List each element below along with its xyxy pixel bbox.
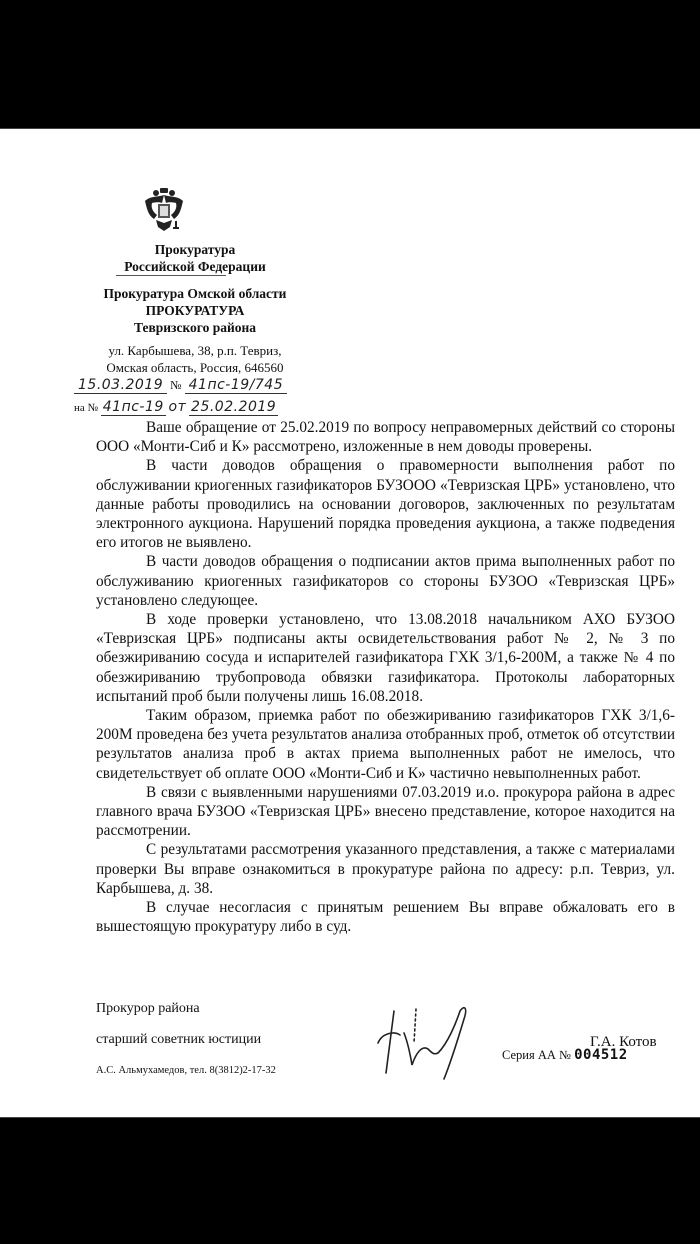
position-title: Прокурор района bbox=[96, 1001, 200, 1017]
prosecutor-office-rf: Прокуратура Российской Федерации bbox=[60, 241, 330, 275]
paragraph: В случае несогласия с принятым решением … bbox=[96, 898, 675, 936]
letter-body: Ваше обращение от 25.02.2019 по вопросу … bbox=[96, 418, 675, 936]
district-office: Прокуратура Омской области ПРОКУРАТУРА Т… bbox=[60, 285, 330, 336]
serial-number: 004512 bbox=[574, 1047, 628, 1063]
district-title: ПРОКУРАТУРА bbox=[60, 302, 330, 319]
document-page: Прокуратура Российской Федерации Прокура… bbox=[0, 128, 700, 1118]
registration-number: 41пс-19/745 bbox=[185, 377, 287, 394]
executor-contact: А.С. Альмухамедов, тел. 8(3812)2-17-32 bbox=[96, 1065, 276, 1076]
document-serial: Серия АА № 004512 bbox=[502, 1047, 628, 1063]
ref-number: 41пс-19 bbox=[101, 399, 166, 416]
coat-of-arms-icon bbox=[142, 187, 186, 233]
paragraph: В связи с выявленными нарушениями 07.03.… bbox=[96, 783, 675, 841]
registration-date: 15.03.2019 bbox=[74, 377, 167, 394]
regional-office: Прокуратура Омской области bbox=[60, 285, 330, 302]
ref-from: от bbox=[169, 399, 187, 415]
registration-line: 15.03.2019 № 41пс-19/745 bbox=[74, 377, 287, 394]
number-sign: № bbox=[170, 378, 181, 392]
paragraph: В части доводов обращения о правомерност… bbox=[96, 456, 675, 552]
ref-prefix: на № bbox=[74, 402, 98, 414]
signature-icon bbox=[364, 1003, 474, 1083]
paragraph: С результатами рассмотрения указанного п… bbox=[96, 840, 675, 898]
rank-title: старший советник юстиции bbox=[96, 1032, 261, 1048]
paragraph: Ваше обращение от 25.02.2019 по вопросу … bbox=[96, 418, 675, 456]
district-name: Тевризского района bbox=[60, 319, 330, 336]
org-line2: Российской Федерации bbox=[60, 258, 330, 275]
ref-date: 25.02.2019 bbox=[189, 399, 278, 416]
paragraph: В части доводов обращения о подписании а… bbox=[96, 552, 675, 610]
office-address: ул. Карбышева, 38, р.п. Тевриз, Омская о… bbox=[60, 343, 330, 376]
paragraph: Таким образом, приемка работ по обезжири… bbox=[96, 706, 675, 783]
header-divider bbox=[116, 275, 226, 276]
serial-label: Серия АА № bbox=[502, 1048, 571, 1062]
org-line1: Прокуратура bbox=[60, 241, 330, 258]
paragraph: В ходе проверки установлено, что 13.08.2… bbox=[96, 610, 675, 706]
address-line1: ул. Карбышева, 38, р.п. Тевриз, bbox=[60, 343, 330, 360]
reference-line: на № 41пс-19 от 25.02.2019 bbox=[74, 399, 278, 416]
address-line2: Омская область, Россия, 646560 bbox=[60, 360, 330, 377]
